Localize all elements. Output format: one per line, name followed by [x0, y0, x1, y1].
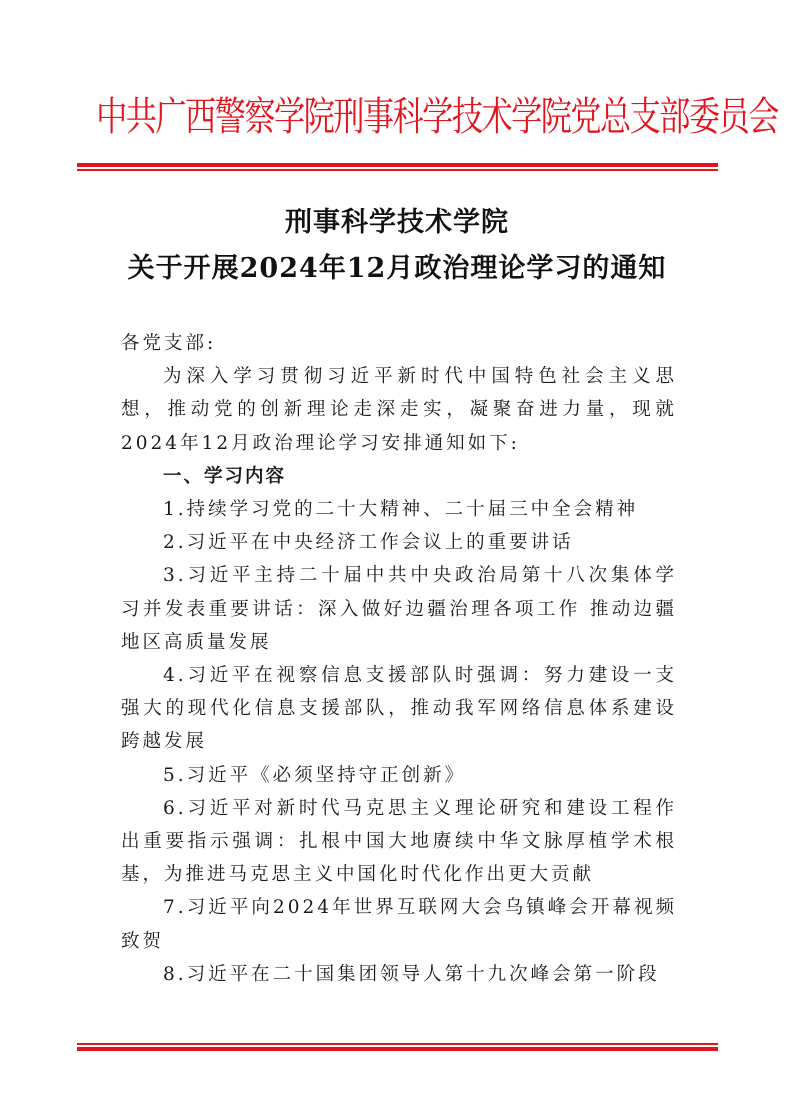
list-item: 8.习近平在二十国集团领导人第十九次峰会第一阶段 [121, 958, 677, 991]
list-item: 2.习近平在中央经济工作会议上的重要讲话 [121, 526, 677, 559]
section-heading-study-content: 一、学习内容 [121, 460, 677, 493]
intro-paragraph: 为深入学习贯彻习近平新时代中国特色社会主义思想，推动党的创新理论走深走实，凝聚奋… [121, 360, 677, 460]
document-title-line1: 刑事科学技术学院 [0, 200, 794, 239]
document-title-line2: 关于开展2024年12月政治理论学习的通知 [0, 246, 794, 285]
list-item: 7.习近平向2024年世界互联网大会乌镇峰会开幕视频致贺 [121, 891, 677, 957]
salutation: 各党支部: [121, 327, 677, 360]
document-page: 中共广西警察学院刑事科学技术学院党总支部委员会 刑事科学技术学院 关于开展202… [0, 0, 794, 1108]
list-item: 1.持续学习党的二十大精神、二十届三中全会精神 [121, 493, 677, 526]
footer-rule-thin [77, 1043, 718, 1045]
masthead: 中共广西警察学院刑事科学技术学院党总支部委员会 [0, 92, 794, 142]
masthead-rule-thick [77, 163, 718, 167]
masthead-rule-thin [77, 169, 718, 171]
footer-rule-thick [77, 1047, 718, 1051]
list-item: 4.习近平在视察信息支援部队时强调：努力建设一支强大的现代化信息支援部队，推动我… [121, 659, 677, 759]
masthead-title: 中共广西警察学院刑事科学技术学院党总支部委员会 [96, 92, 778, 142]
list-item: 3.习近平主持二十届中共中央政治局第十八次集体学习并发表重要讲话：深入做好边疆治… [121, 559, 677, 659]
list-item: 6.习近平对新时代马克思主义理论研究和建设工程作出重要指示强调：扎根中国大地赓续… [121, 792, 677, 892]
document-body: 各党支部: 为深入学习贯彻习近平新时代中国特色社会主义思想，推动党的创新理论走深… [121, 327, 677, 991]
list-item: 5.习近平《必须坚持守正创新》 [121, 759, 677, 792]
